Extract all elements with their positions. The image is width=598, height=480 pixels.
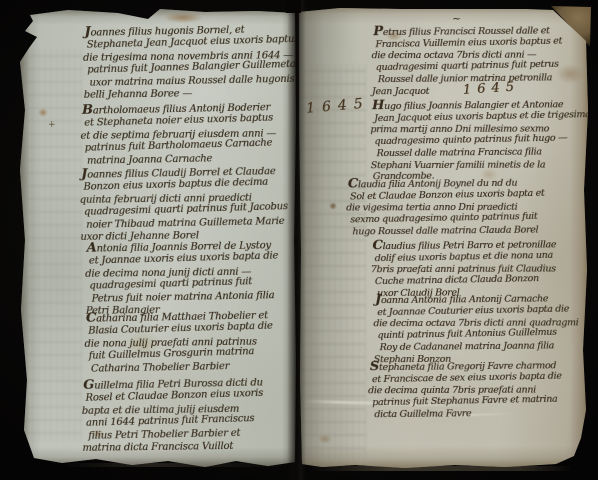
register-entry: Hugo filius Joannis Balangier et Antonia… [372,98,591,183]
register-entry: Bartholomaeus filius Antonij Boderieret … [82,101,277,168]
right-page: ~ 1645 Petrus filius Francisci Roussel d… [298,6,590,468]
register-entry: Joannes filius Claudij Borrel et Claudae… [81,165,288,244]
left-page: + Joannes filius hugonis Bornel, etSteph… [20,9,296,467]
spine-top-notch [286,0,301,13]
register-entry: Joannes filius hugonis Bornel, etStephan… [84,23,300,103]
left-page-text: Joannes filius hugonis Bornel, etStephan… [20,4,305,467]
manuscript-line: belli Jehanna Boree — [84,87,301,102]
register-entry: Guillelma filia Petri Burossa dicti duRo… [83,376,264,455]
manuscript-line: hugo Roussel dalle matrina Clauda Borel [352,224,545,238]
register-entry: Claudius filius Petri Barro et petronill… [372,238,556,299]
manuscript-line: dicta Guillelma Favre [374,407,562,421]
manuscript-line: Roy de Cadananel matrina Joanna filia [380,340,579,354]
right-page-text: Petrus filius Francisci Roussel dalle et… [298,3,595,468]
register-entry: Joanna Antonia filia Antonij Carnacheet … [375,292,579,365]
manuscript-line: dolif eius uxoris baptus et die nona una [375,249,557,264]
under-sheet-edge-right [310,466,572,471]
register-entry: Claudia filia Antonij Boynel du nd duSol… [348,176,545,238]
register-entry: Stephaneta filia Gregorij Favre charmode… [370,359,562,421]
register-entry: Antonia filia Joannis Borrel de Lystoyet… [86,239,279,318]
register-entry: Catharina filia Matthaei Thobelier etBla… [86,309,274,376]
manuscript-scan: + Joannes filius hugonis Bornel, etSteph… [0,0,598,480]
manuscript-line: Catharina Thobelier Barbier [91,360,274,376]
manuscript-line: Roussel dalle matrina Francisca filia [376,146,590,160]
manuscript-line: matrina dicta Francisca Vuillot [82,441,264,456]
